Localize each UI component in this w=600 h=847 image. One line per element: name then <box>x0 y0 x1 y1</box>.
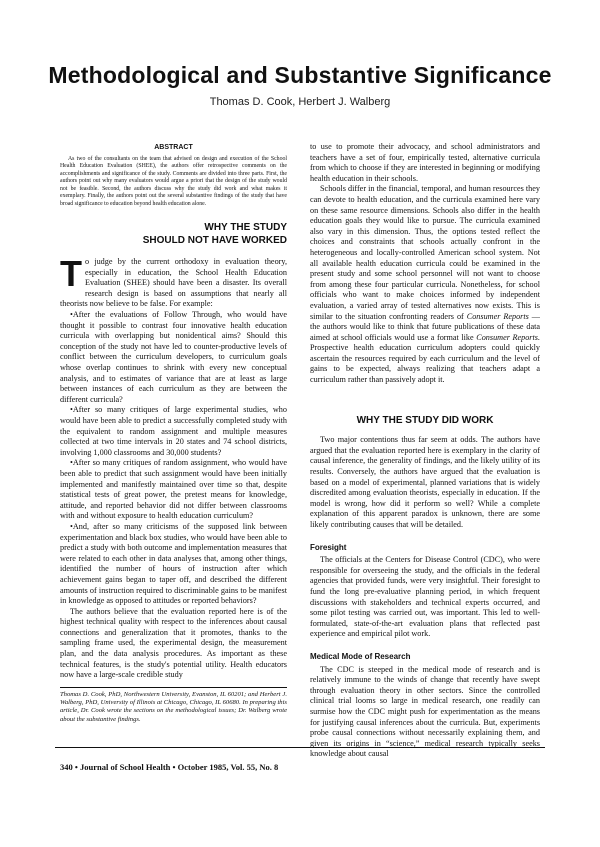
foresight-paragraph: The officials at the Centers for Disease… <box>310 555 540 640</box>
abstract-text: As two of the consultants on the team th… <box>60 156 287 209</box>
intro-paragraph: To judge by the current orthodoxy in eva… <box>60 257 287 310</box>
subheading-medical-mode: Medical Mode of Research <box>310 652 540 663</box>
consumer-reports-ref: Consumer Reports. <box>476 333 540 342</box>
bullet-paragraph: •After the evaluations of Follow Through… <box>60 310 287 405</box>
para-text: Schools differ in the financial, tempora… <box>310 184 540 320</box>
schools-differ-paragraph: Schools differ in the financial, tempora… <box>310 184 540 385</box>
section-heading-line1: WHY THE STUDY <box>60 221 287 234</box>
article-authors: Thomas D. Cook, Herbert J. Walberg <box>0 96 600 108</box>
article-title: Methodological and Substantive Significa… <box>0 62 600 89</box>
left-column: ABSTRACT As two of the consultants on th… <box>60 143 287 724</box>
consumer-reports-ref: Consumer Reports <box>467 312 529 321</box>
para-text: Prospective health education curriculum … <box>310 343 540 384</box>
section-heading-line2: SHOULD NOT HAVE WORKED <box>60 234 287 247</box>
bullet-paragraph: •And, after so many criticisms of the su… <box>60 522 287 607</box>
section-heading-should-not-have-worked: WHY THE STUDY SHOULD NOT HAVE WORKED <box>60 221 287 247</box>
subheading-foresight: Foresight <box>310 543 540 554</box>
intro-text: o judge by the current orthodoxy in eval… <box>60 257 287 308</box>
bullet-paragraph: •After so many critiques of random assig… <box>60 458 287 522</box>
medical-mode-paragraph: The CDC is steeped in the medical mode o… <box>310 665 540 760</box>
drop-cap: T <box>60 257 82 289</box>
contentions-paragraph: Two major contentions thus far seem at o… <box>310 435 540 530</box>
section-heading-did-work: WHY THE STUDY DID WORK <box>310 416 540 427</box>
page-footer: 340 • Journal of School Health • October… <box>60 762 278 772</box>
abstract-heading: ABSTRACT <box>60 143 287 154</box>
page-bottom-rule <box>55 747 545 748</box>
closing-paragraph: The authors believe that the evaluation … <box>60 607 287 681</box>
author-footnote: Thomas D. Cook, PhD, Northwestern Univer… <box>60 691 287 724</box>
bullet-paragraph: •After so many critiques of large experi… <box>60 405 287 458</box>
continued-paragraph: to use to promote their advocacy, and sc… <box>310 142 540 184</box>
right-column: to use to promote their advocacy, and sc… <box>310 142 540 760</box>
footnote-divider <box>60 687 287 688</box>
